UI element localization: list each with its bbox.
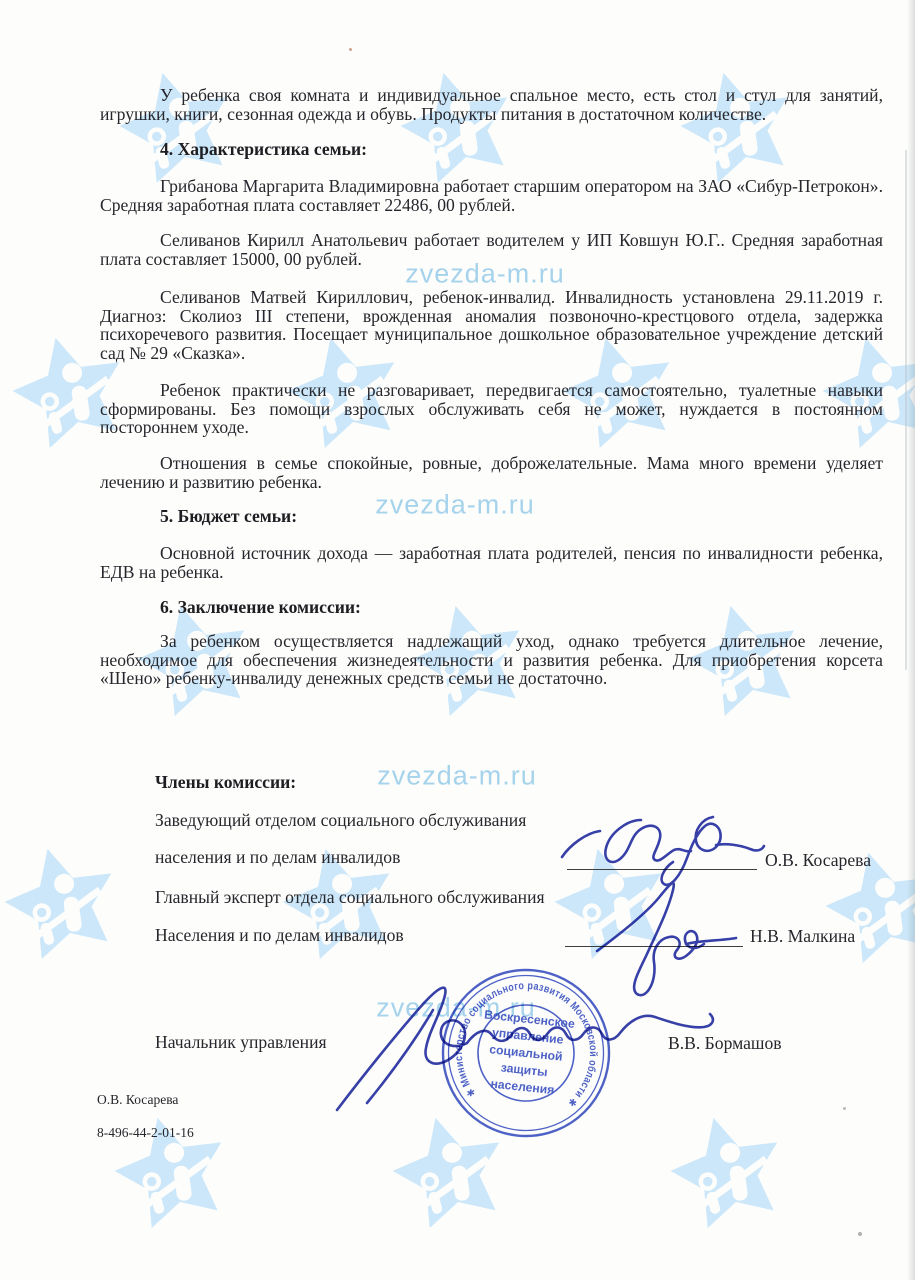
- scanned-document-page: zvezda-m.ru zvezda-m.ru zvezda-m.ru zvez…: [0, 0, 915, 1280]
- signature-kosareva: [562, 817, 764, 885]
- signatures-ink-layer: [0, 0, 915, 1280]
- signature-bormashov: [337, 988, 713, 1110]
- signature-malkina: [597, 883, 736, 995]
